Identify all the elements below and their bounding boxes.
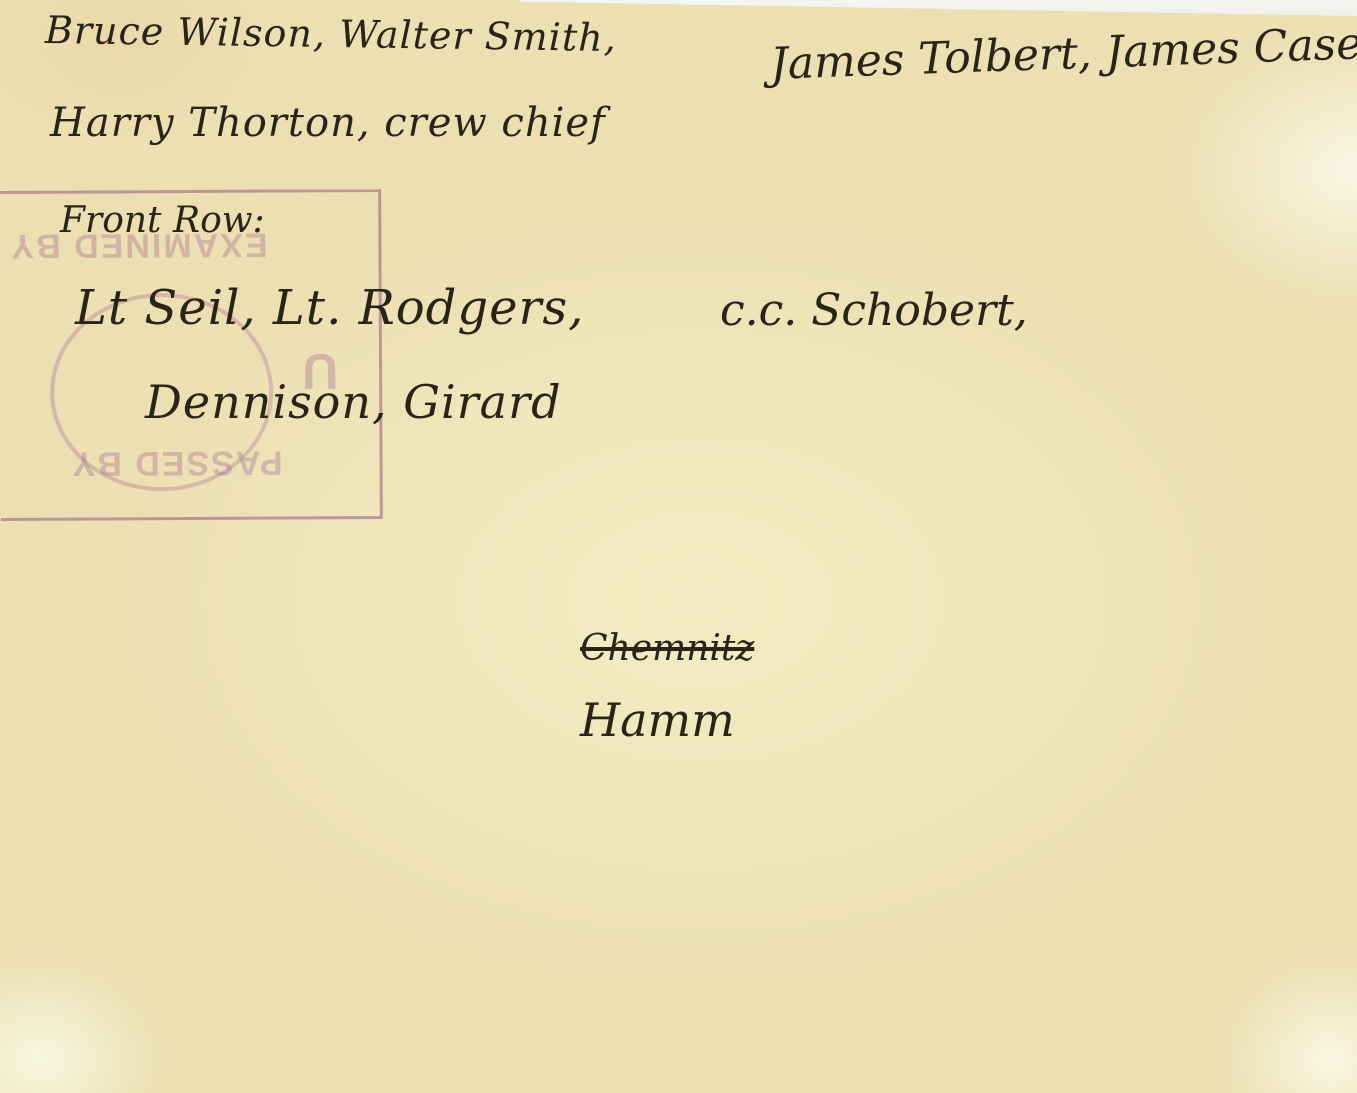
paper-background (0, 0, 1357, 1093)
front-row-names-1: Lt Seil, Lt. Rodgers, (75, 280, 584, 336)
names-line-1: Bruce Wilson, Walter Smith, (45, 8, 617, 60)
front-row-label: Front Row: (60, 200, 265, 241)
names-line-2: Harry Thorton, crew chief (50, 100, 606, 146)
front-row-names-2: Dennison, Girard (145, 375, 562, 429)
stamp-text-bottom: PASSED BY (70, 443, 282, 483)
front-row-names-1-continued: c.c. Schobert, (720, 285, 1028, 336)
crossed-out-word: Chemnitz (580, 628, 754, 669)
replacement-word: Hamm (580, 693, 735, 747)
